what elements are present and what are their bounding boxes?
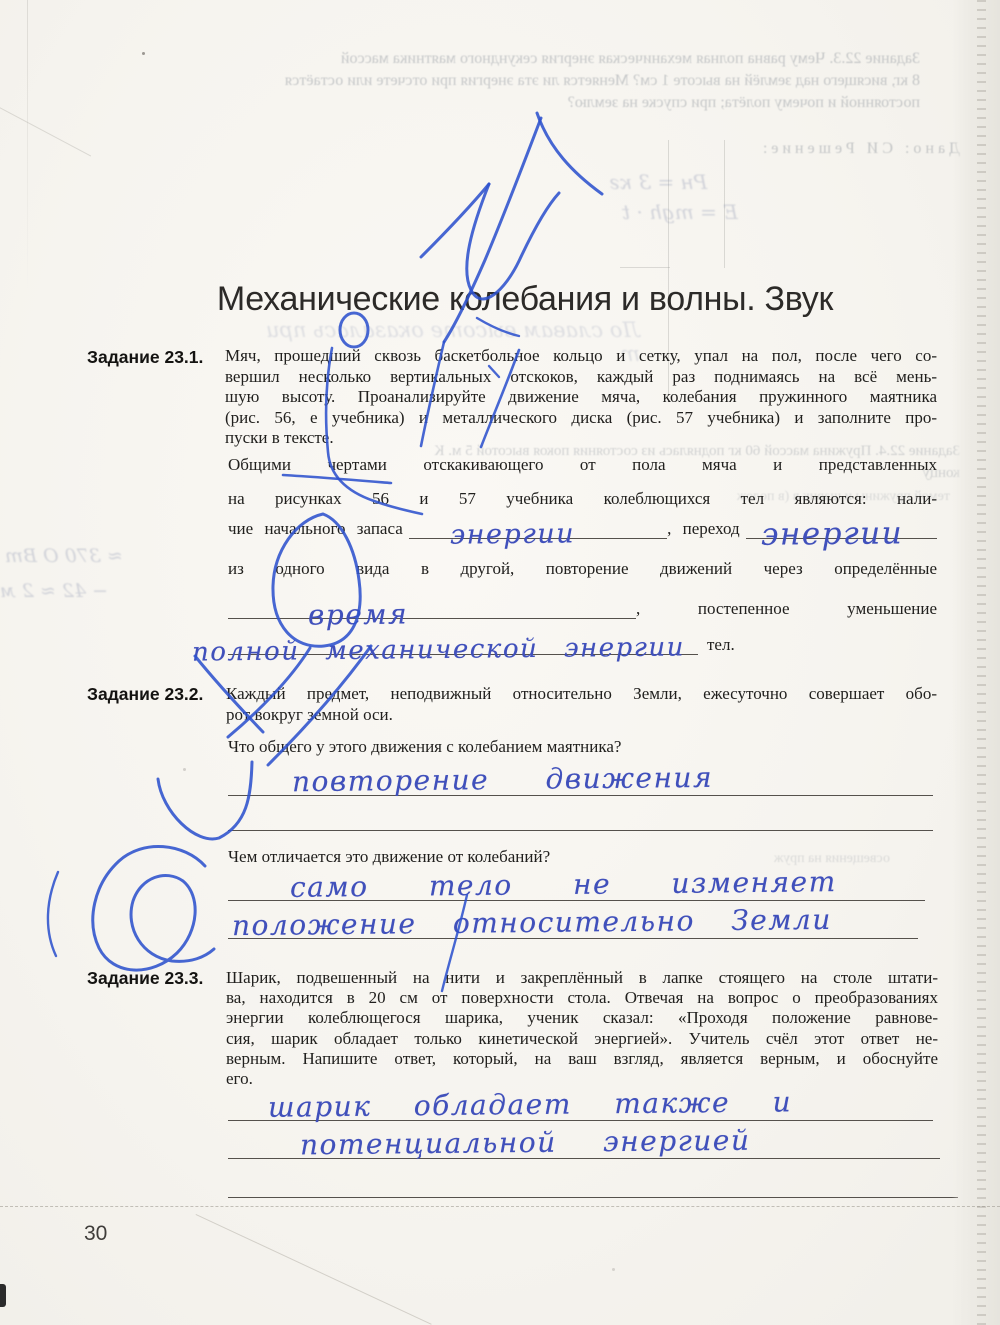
fillin-line-5-post: , постепенное уменьшение — [636, 598, 937, 619]
fillin-line-3-pre: чие начального запаса — [228, 518, 403, 539]
handwritten-answer-23-2-1: повторение движения — [292, 761, 713, 798]
task-23-1-line: вершил несколько вертикальных отскоков, … — [225, 367, 937, 388]
fillin-line-3-mid: , переход — [667, 518, 739, 539]
bleedthrough-line: постоянной и почему полёта; при спуске н… — [60, 92, 920, 114]
task-23-3-line: верным. Напишите ответ, который, на ваш … — [226, 1049, 938, 1069]
page-number: 30 — [84, 1222, 107, 1246]
perforation-texture — [977, 0, 986, 1325]
task-23-2-label: Задание 23.2. — [87, 684, 203, 705]
paper-crease-horizontal — [0, 1206, 1000, 1207]
handwritten-answer-23-2-2a: само тело не изменяет — [290, 865, 837, 904]
answer-blank-3: время — [228, 598, 636, 619]
handwritten-answer-4: полной механической энергии — [192, 637, 685, 663]
task-23-1-line: Мяч, прошедший сквозь баскетбольное коль… — [225, 346, 937, 367]
pen-stroke — [421, 184, 489, 257]
answer-line-rule — [228, 830, 933, 831]
fillin-line-6: полной механической энергии тел. — [228, 634, 937, 655]
paper-speck — [612, 1268, 615, 1271]
task-23-2-question-2: Чем отличается это движение от колебаний… — [228, 847, 550, 867]
task-23-1-text: Мяч, прошедший сквозь баскетбольное коль… — [225, 346, 937, 449]
task-23-2-line: рот вокруг земной оси. — [226, 705, 937, 726]
task-23-1-line: (рис. 56, е учебника) и металлического д… — [225, 408, 937, 429]
task-23-3-line: Шарик, подвешенный на нити и закреплённы… — [226, 968, 938, 988]
handwritten-answer-23-2-2b: положение относительно Земли — [232, 903, 832, 942]
bleedthrough-table-line — [620, 267, 670, 268]
fillin-line-1: Общими чертами отскакивающего от пола мя… — [228, 454, 937, 475]
answer-line-rule — [228, 1197, 958, 1198]
paper-speck — [183, 768, 186, 771]
paper-fold-line — [27, 0, 28, 290]
task-23-1-line: шую высоту. Проанализируйте движение мяч… — [225, 387, 937, 408]
answer-blank-2: энергии — [746, 518, 937, 539]
bleedthrough-margin-formula: − 42 ≈ 2 м — [0, 580, 108, 602]
fillin-line-6-post: тел. — [707, 634, 735, 655]
task-23-2-line: Каждый предмет, неподвижный относительно… — [226, 684, 937, 705]
answer-blank-1: энергии — [409, 518, 667, 539]
handwritten-answer-23-3a: шарик обладает также и — [268, 1085, 792, 1123]
pen-letter-e — [93, 846, 214, 970]
bleedthrough-formula: Рн = 3 кг — [610, 170, 707, 194]
fillin-line-3: чие начального запаса энергии , переход … — [228, 518, 937, 539]
fillin-line-4: из одного вида в другой, повторение движ… — [228, 558, 937, 579]
page-title: Механические колебания и волны. Звук — [115, 280, 935, 319]
task-23-2-text: Каждый предмет, неподвижный относительно… — [226, 684, 937, 725]
scan-edge-mark — [0, 1284, 6, 1307]
handwritten-answer-3: время — [308, 603, 408, 625]
answer-blank-4: полной механической энергии — [228, 634, 698, 655]
bleedthrough-formula: Е = mgh · t — [622, 200, 738, 224]
bleedthrough-line: Задание 22.3. Чему равна полная механиче… — [60, 48, 920, 70]
pen-stroke — [158, 762, 252, 839]
task-23-1-label: Задание 23.1. — [87, 347, 203, 368]
task-23-3-line: его. — [226, 1069, 938, 1089]
scanned-workbook-page: Задание 22.3. Чему равна полная механиче… — [0, 0, 1000, 1325]
bleedthrough-table-header: Дано: СИ Решение: — [565, 138, 960, 160]
bleedthrough-top-block: Задание 22.3. Чему равна полная механиче… — [60, 48, 920, 114]
paper-speck — [142, 52, 145, 55]
bleedthrough-margin-formula: ≈ 370 О Вт — [5, 545, 123, 567]
handwritten-answer-1: энергии — [450, 523, 575, 545]
handwritten-answer-23-3b: потенциальной энергией — [300, 1124, 751, 1162]
task-23-3-label: Задание 23.3. — [87, 968, 203, 989]
fillin-line-2: на рисунках 56 и 57 учебника колеблющихс… — [228, 488, 937, 509]
task-23-3-line: ва, находится в 20 см от поверхности сто… — [226, 988, 938, 1008]
handwritten-answer-2: энергии — [761, 523, 903, 545]
fillin-line-5: время , постепенное уменьшение — [228, 598, 937, 619]
paper-crease-diagonal — [196, 1214, 432, 1325]
task-23-2-question-1: Что общего у этого движения с колебанием… — [228, 737, 621, 757]
pen-stroke — [48, 872, 58, 956]
bleedthrough-line: 8 кг, висящего над землёй на высоте 1 см… — [60, 70, 920, 92]
page-edge-shadow — [952, 0, 1000, 1325]
task-23-3-text: Шарик, подвешенный на нити и закреплённы… — [226, 968, 938, 1089]
task-23-3-line: сия, шарик обладает только кинетической … — [226, 1029, 938, 1049]
task-23-3-line: энергии колеблющегося шарика, ученик ска… — [226, 1008, 938, 1028]
task-23-1-line: пуски в тексте. — [225, 428, 937, 449]
pen-stroke — [283, 475, 391, 483]
